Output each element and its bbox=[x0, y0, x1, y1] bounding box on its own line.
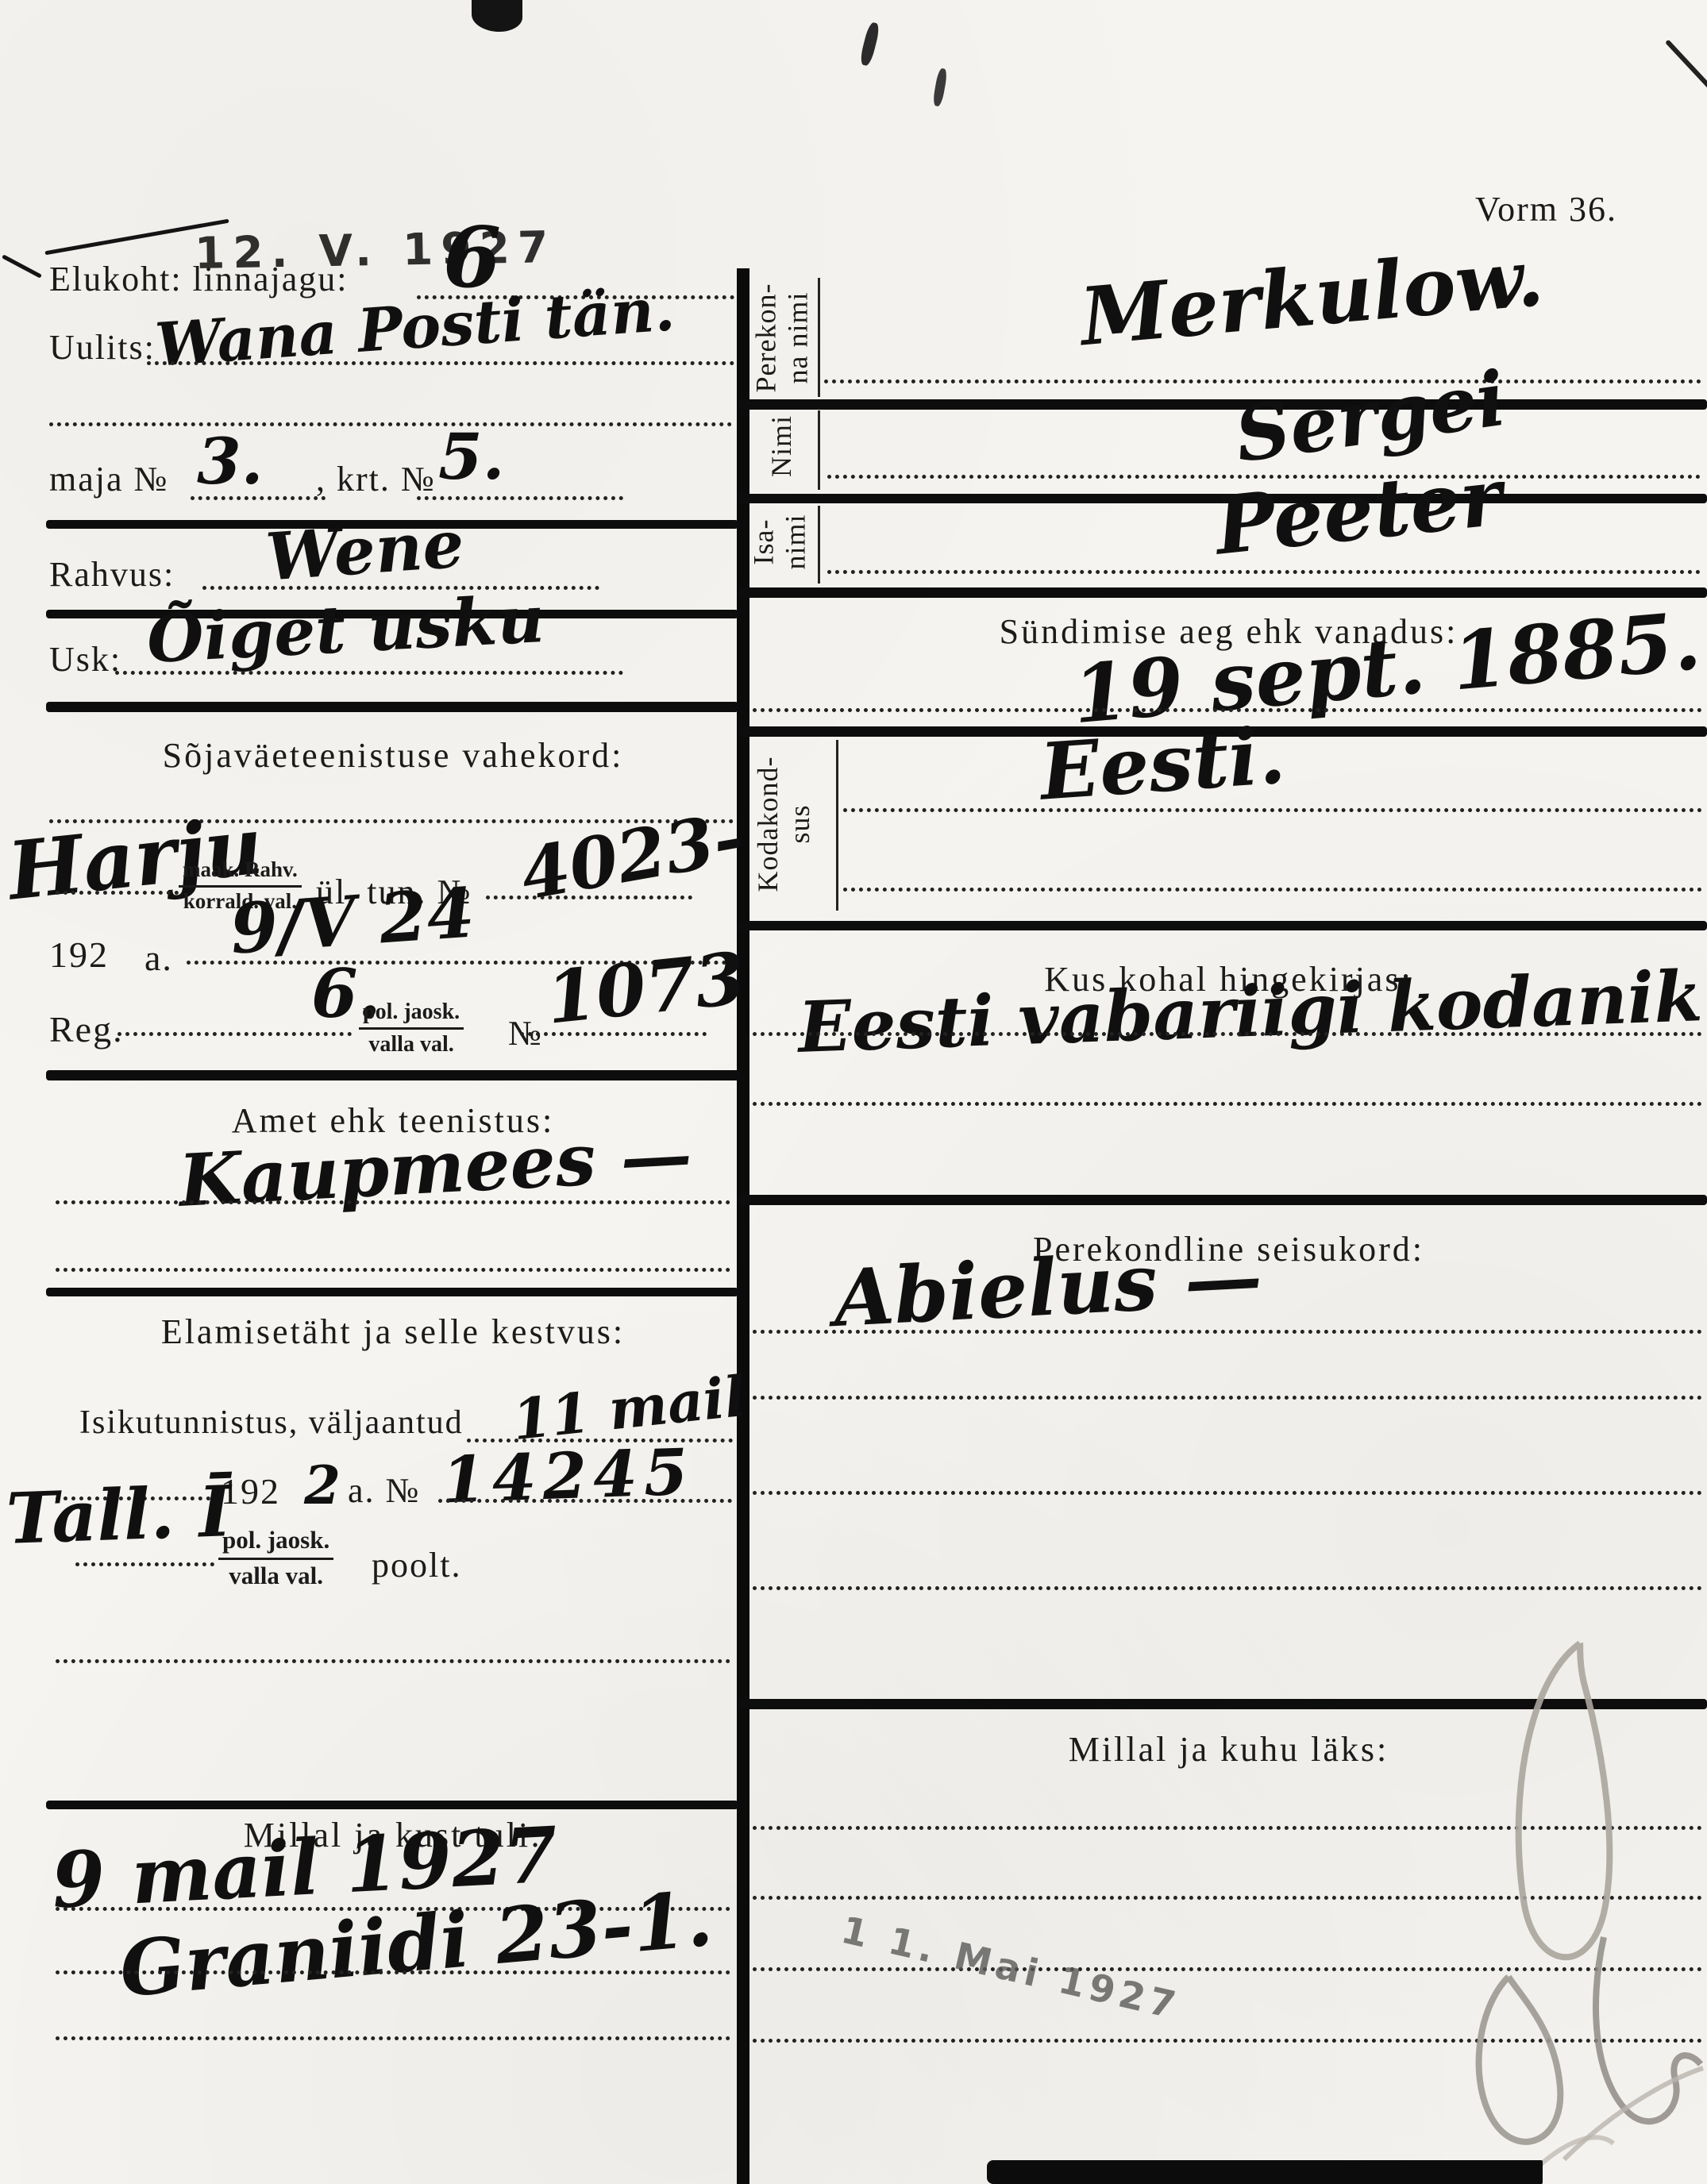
fill-line bbox=[827, 570, 1701, 574]
fill-line bbox=[75, 1562, 214, 1566]
krt-value: 5. bbox=[438, 419, 505, 494]
fill-line bbox=[520, 1032, 707, 1036]
rahvus-value: Wene bbox=[264, 506, 466, 595]
fraction-top: pol. jaosk. bbox=[359, 999, 464, 1030]
fraction-top: pol. jaosk. bbox=[218, 1526, 333, 1560]
row-divider bbox=[738, 1195, 1707, 1205]
fill-line bbox=[824, 379, 1701, 383]
fill-line bbox=[486, 896, 692, 899]
fill-line bbox=[438, 1499, 732, 1503]
poolt-label: poolt. bbox=[372, 1545, 461, 1585]
isikutunnistus-no-value: 14245 bbox=[440, 1434, 695, 1517]
firstname-label: Nimi bbox=[762, 399, 802, 494]
fill-line bbox=[753, 1102, 1702, 1106]
section-divider bbox=[46, 1288, 738, 1296]
isikutunnistus-year-value: 2 bbox=[304, 1454, 341, 1516]
section-divider bbox=[46, 1070, 740, 1080]
scan-artifact bbox=[472, 0, 522, 32]
label-rule bbox=[836, 740, 838, 911]
fill-line bbox=[417, 496, 623, 500]
fill-line bbox=[843, 888, 1702, 892]
section-divider bbox=[46, 702, 738, 712]
fill-line bbox=[56, 1659, 730, 1663]
row-divider bbox=[738, 587, 1707, 598]
fraction-top: maak. Rahv. bbox=[179, 857, 302, 888]
uulits-label: Uulits: bbox=[49, 327, 156, 368]
fraction-bottom: valla val. bbox=[218, 1560, 333, 1591]
fill-line bbox=[147, 361, 734, 365]
fill-line bbox=[753, 1491, 1702, 1495]
surname-label: Perekon- na nimi bbox=[745, 271, 820, 406]
fill-line bbox=[56, 1200, 730, 1204]
fill-line bbox=[115, 671, 623, 675]
label-rule bbox=[818, 278, 820, 397]
elukoht-label: Elukoht: linnajagu: bbox=[49, 259, 349, 299]
citizenship-value: Eesti. bbox=[1037, 710, 1288, 818]
fill-line bbox=[56, 1268, 730, 1272]
reg-label: Reg. bbox=[49, 1008, 124, 1050]
scan-artifact bbox=[859, 21, 881, 67]
isikutunnistus-label: Isikutunnistus, väljaantud bbox=[79, 1404, 464, 1442]
fill-line bbox=[753, 1032, 1702, 1036]
scan-artifact bbox=[1665, 39, 1707, 105]
patronymic-label: Isa- nimi bbox=[746, 495, 814, 590]
label-rule bbox=[818, 410, 820, 490]
registration-card: Vorm 36. 12. V. 1927 6 Elukoht: linnajag… bbox=[0, 0, 1707, 2184]
rahvus-label: Rahvus: bbox=[49, 554, 175, 595]
fill-line bbox=[753, 1396, 1702, 1400]
row-divider bbox=[738, 399, 1707, 410]
citizenship-label: Kodakond- sus bbox=[745, 729, 824, 919]
fraction-bottom: valla val. bbox=[359, 1030, 464, 1057]
fill-line bbox=[753, 708, 1702, 712]
pencil-scribble bbox=[1405, 1635, 1707, 2184]
maja-label: maja № bbox=[49, 459, 169, 499]
usk-label: Usk: bbox=[49, 639, 121, 680]
issuer-fraction: pol. jaosk. valla val. bbox=[218, 1526, 333, 1590]
reg-issuer-fraction: pol. jaosk. valla val. bbox=[359, 999, 464, 1057]
krt-label: , krt. № bbox=[316, 459, 436, 499]
scan-artifact bbox=[987, 2160, 1543, 2184]
military-year-label: 192 bbox=[49, 934, 109, 976]
row-divider bbox=[738, 921, 1707, 930]
maja-value: 3. bbox=[197, 424, 264, 499]
reg-no-value: 1073 bbox=[542, 936, 749, 1041]
usk-value: Õiget usku bbox=[145, 581, 546, 678]
scan-artifact bbox=[932, 67, 948, 106]
military-year-suffix: a. bbox=[144, 937, 173, 979]
surname-value: Merkulow. bbox=[1077, 230, 1547, 364]
fill-line bbox=[56, 1970, 730, 1974]
isikutunnistus-no-label: a. № bbox=[348, 1470, 421, 1511]
fill-line bbox=[191, 496, 326, 500]
scan-artifact bbox=[2, 254, 42, 278]
fill-line bbox=[118, 1032, 352, 1036]
district-note-value: Tall. Ī bbox=[5, 1469, 233, 1560]
military-heading: Sõjaväeteenistuse vahekord: bbox=[48, 735, 738, 776]
elamisetaht-heading: Elamisetäht ja selle kestvus: bbox=[48, 1312, 738, 1352]
fill-line bbox=[753, 1330, 1702, 1334]
fill-line bbox=[56, 891, 179, 895]
form-number: Vorm 36. bbox=[1475, 189, 1617, 229]
fill-line bbox=[49, 422, 732, 426]
fill-line bbox=[843, 808, 1702, 812]
fill-line bbox=[753, 1586, 1702, 1590]
section-divider bbox=[46, 1801, 738, 1809]
fill-line bbox=[56, 2036, 730, 2040]
label-rule bbox=[818, 506, 820, 584]
